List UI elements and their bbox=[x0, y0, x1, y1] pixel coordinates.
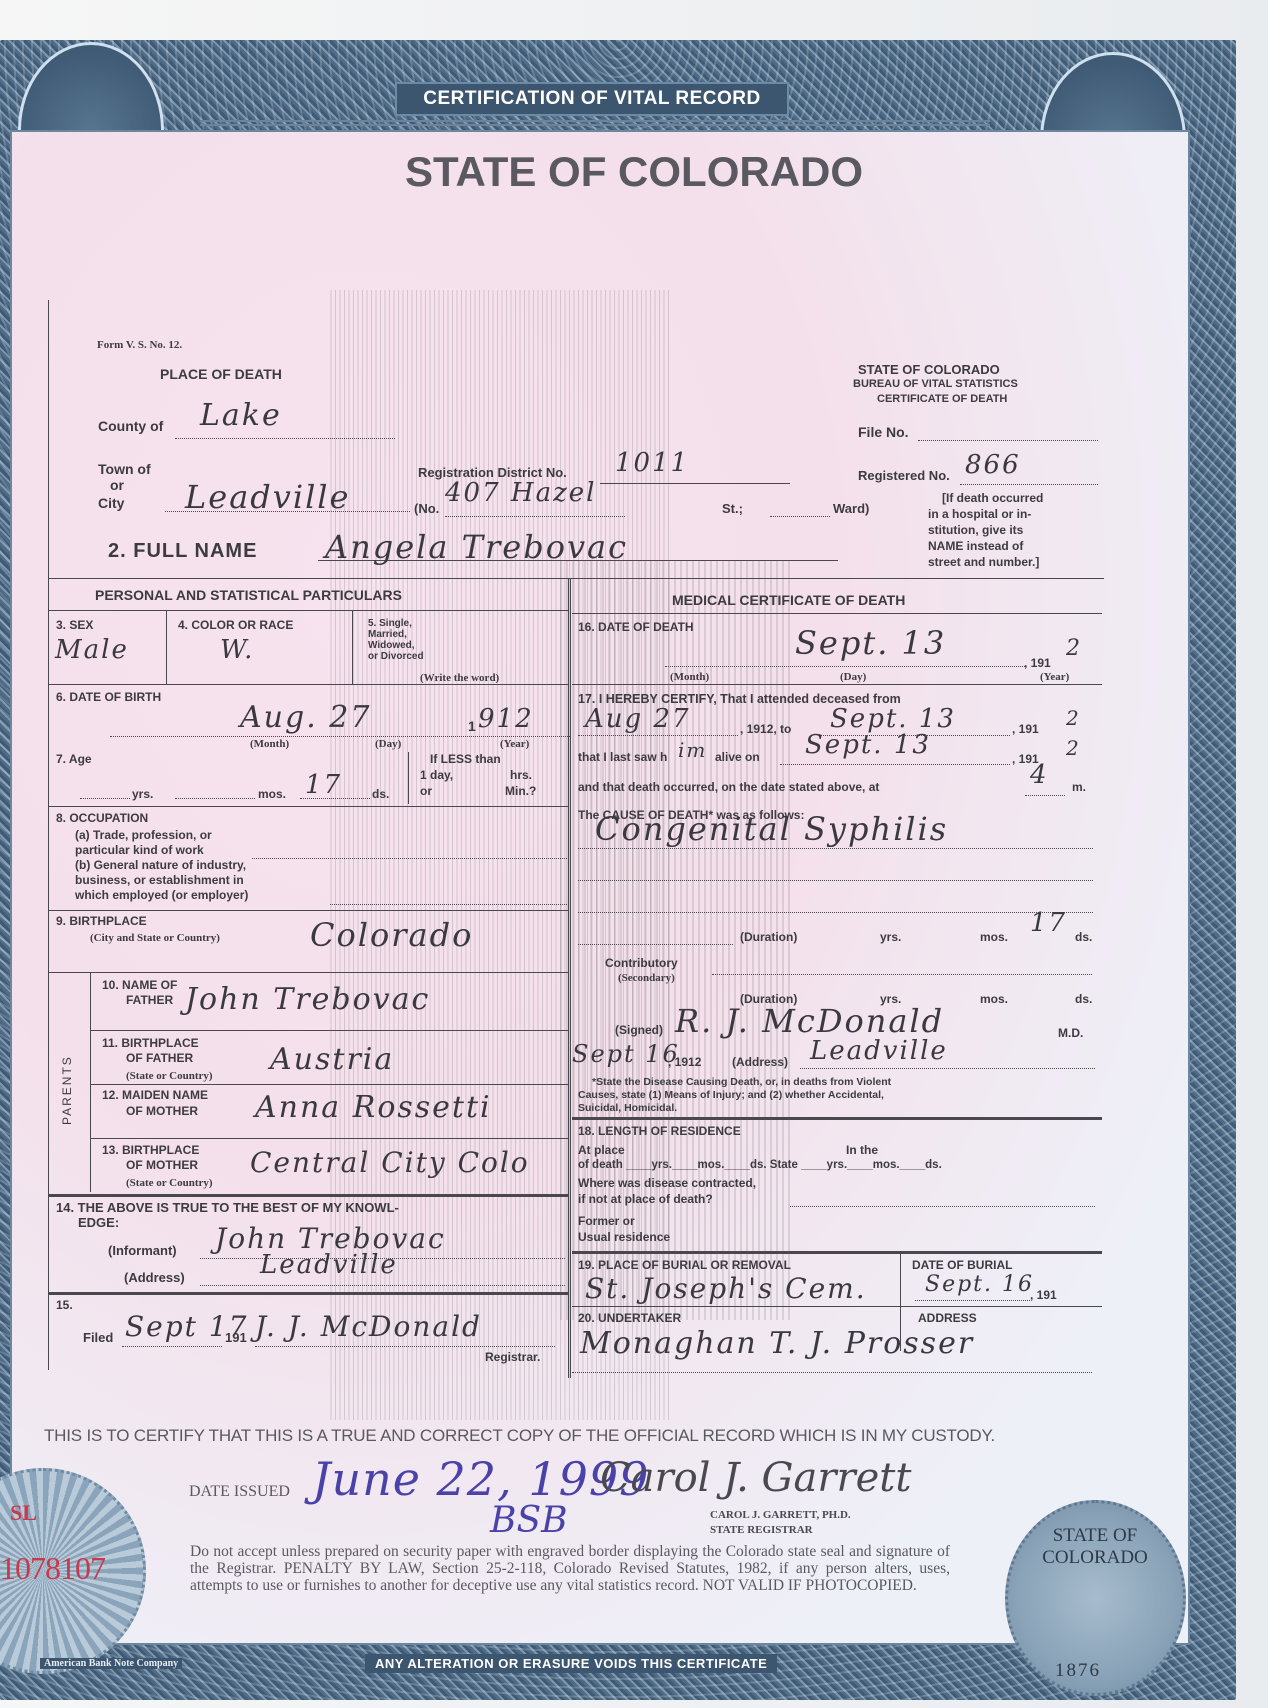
county-line bbox=[175, 438, 395, 439]
informant-label: (Informant) bbox=[108, 1243, 177, 1258]
rule bbox=[90, 1138, 568, 1139]
date-issued-value: June 22, 1999 bbox=[312, 1452, 649, 1506]
street-value: 407 Hazel bbox=[445, 478, 596, 508]
hospital-note-line: stitution, give its bbox=[928, 523, 1023, 537]
last-saw-year-value: 2 bbox=[1066, 736, 1081, 760]
registrar-name: CAROL J. GARRETT, PH.D. bbox=[710, 1508, 851, 1523]
certification-banner: CERTIFICATION OF VITAL RECORD bbox=[395, 82, 789, 116]
dob-year-prefix: 1 bbox=[468, 718, 476, 734]
duration-days-value: 17 bbox=[1030, 908, 1067, 938]
medical-heading: MEDICAL CERTIFICATE OF DEATH bbox=[672, 592, 905, 608]
signed-value: R. J. McDonald bbox=[675, 1002, 944, 1040]
footnote: *State the Disease Causing Death, or, in… bbox=[592, 1076, 891, 1088]
personal-heading: PERSONAL AND STATISTICAL PARTICULARS bbox=[95, 587, 402, 603]
full-name-label: 2. FULL NAME bbox=[108, 540, 257, 563]
rule bbox=[408, 752, 409, 804]
printer-imprint: American Bank Note Company bbox=[40, 1658, 182, 1669]
full-name-value: Angela Trebovac bbox=[325, 528, 628, 566]
dob-label: 6. DATE OF BIRTH bbox=[56, 690, 161, 704]
marital-label: 5. Single, Married, Widowed, or Divorced bbox=[368, 618, 468, 662]
rule bbox=[572, 613, 1102, 614]
mother-maiden-value: Anna Rossetti bbox=[255, 1090, 492, 1125]
less-than-min: Min.? bbox=[505, 784, 536, 798]
mother-birthplace-sub: (State or Country) bbox=[126, 1177, 213, 1189]
clerk-initials: BSB bbox=[490, 1500, 568, 1541]
marital-option: or Divorced bbox=[368, 651, 424, 662]
signed-date: Sept 16 bbox=[572, 1040, 680, 1068]
dob-line bbox=[110, 736, 570, 737]
undertaker-label: 20. UNDERTAKER bbox=[578, 1311, 681, 1325]
certification-statement: THIS IS TO CERTIFY THAT THIS IS A TRUE A… bbox=[44, 1426, 995, 1446]
contracted-label: if not at place of death? bbox=[578, 1192, 713, 1206]
hospital-note-line: street and number.] bbox=[928, 555, 1039, 569]
ward-line bbox=[770, 516, 830, 517]
rule bbox=[48, 910, 568, 911]
registered-no-value: 866 bbox=[965, 450, 1021, 480]
less-than-label: If LESS than bbox=[430, 752, 501, 766]
filed-line bbox=[122, 1346, 222, 1347]
informant-address-label: (Address) bbox=[124, 1270, 185, 1285]
parents-label: PARENTS bbox=[60, 1055, 74, 1125]
file-no-line bbox=[918, 440, 1098, 441]
dod-year-prefix: , 191 bbox=[1024, 656, 1051, 670]
less-than-day: 1 day, bbox=[420, 768, 453, 782]
cause-value: Congenital Syphilis bbox=[595, 810, 948, 848]
contributory-label: Contributory bbox=[605, 956, 678, 970]
marital-option: Married, bbox=[368, 629, 407, 640]
death-time-line bbox=[1025, 795, 1065, 796]
informant-heading: 14. THE ABOVE IS TRUE TO THE BEST OF MY … bbox=[56, 1200, 399, 1215]
occupation-b-line bbox=[330, 904, 567, 905]
registrar-block: CAROL J. GARRETT, PH.D. STATE REGISTRAR bbox=[710, 1508, 851, 1538]
father-birthplace-sub: (State or Country) bbox=[126, 1070, 213, 1082]
alive-on-text: alive on bbox=[715, 750, 760, 764]
registered-no-line bbox=[960, 484, 1098, 485]
filed-number: 15. bbox=[56, 1298, 73, 1312]
marital-note: (Write the word) bbox=[420, 672, 499, 684]
rule bbox=[90, 1030, 568, 1031]
st-label: St.; bbox=[722, 501, 743, 516]
seal-text: STATE OF COLORADO bbox=[1040, 1525, 1150, 1569]
dod-label: 16. DATE OF DEATH bbox=[578, 620, 694, 634]
residence-label: 18. LENGTH OF RESIDENCE bbox=[578, 1124, 741, 1138]
registrar-signature: J. J. McDonald bbox=[255, 1310, 482, 1343]
rule bbox=[572, 1251, 1102, 1254]
physician-address-line bbox=[800, 1068, 1095, 1069]
filed-label: Filed bbox=[83, 1330, 113, 1345]
race-label: 4. COLOR OR RACE bbox=[178, 618, 293, 632]
dob-sub-year: (Year) bbox=[500, 738, 529, 750]
county-label: County of bbox=[98, 418, 163, 434]
former-label: Former or bbox=[578, 1214, 635, 1228]
county-value: Lake bbox=[200, 398, 282, 433]
rule bbox=[572, 1306, 1102, 1307]
mother-birthplace-label: OF MOTHER bbox=[126, 1158, 198, 1172]
cause-line-3 bbox=[578, 912, 1093, 913]
rule bbox=[48, 684, 568, 685]
burial-date-label: DATE OF BURIAL bbox=[912, 1258, 1012, 1272]
city-label: City bbox=[98, 495, 124, 511]
age-days-value: 17 bbox=[305, 770, 342, 800]
header-state: STATE OF COLORADO bbox=[858, 362, 1000, 377]
age-yrs-label: yrs. bbox=[132, 787, 153, 801]
column-divider bbox=[568, 578, 571, 1378]
birthplace-value: Colorado bbox=[310, 916, 473, 954]
street-no-label: (No. bbox=[414, 501, 439, 516]
informant-address-line bbox=[200, 1285, 565, 1286]
hospital-note-line: NAME instead of bbox=[928, 539, 1023, 553]
signed-year: , 1912 bbox=[668, 1055, 701, 1069]
residence-row: of death ____yrs.____mos.____ds. State _… bbox=[578, 1159, 942, 1171]
rule bbox=[572, 1117, 1102, 1120]
less-than-or: or bbox=[420, 784, 432, 798]
date-issued-label: DATE ISSUED bbox=[189, 1483, 290, 1501]
age-mos-label: mos. bbox=[258, 787, 286, 801]
dob-value: Aug. 27 bbox=[240, 700, 371, 735]
contracted-line bbox=[790, 1206, 1095, 1207]
physician-address-value: Leadville bbox=[810, 1036, 948, 1066]
duration-yrs: yrs. bbox=[880, 930, 901, 944]
occupation-a: (a) Trade, profession, or bbox=[75, 828, 212, 842]
duration-label: (Duration) bbox=[740, 930, 797, 944]
last-saw-pronoun: im bbox=[678, 738, 707, 762]
death-time-value: 4 bbox=[1030, 760, 1049, 790]
former-label: Usual residence bbox=[578, 1230, 670, 1244]
hospital-note-line: in a hospital or in- bbox=[928, 507, 1031, 521]
place-of-death-heading: PLACE OF DEATH bbox=[160, 366, 282, 382]
mother-birthplace-value: Central City Colo bbox=[250, 1146, 530, 1179]
last-saw-text: that I last saw h bbox=[578, 750, 667, 764]
rule bbox=[48, 806, 568, 807]
mother-birthplace-label: 13. BIRTHPLACE bbox=[102, 1143, 199, 1157]
dod-sub-year: (Year) bbox=[1040, 671, 1069, 683]
marital-option: 5. Single, bbox=[368, 618, 412, 629]
occupation-label: 8. OCCUPATION bbox=[56, 811, 148, 825]
street-line bbox=[445, 516, 625, 517]
dob-sub-day: (Day) bbox=[375, 738, 401, 750]
registrar-label: Registrar. bbox=[485, 1350, 540, 1364]
contracted-label: Where was disease contracted, bbox=[578, 1176, 756, 1190]
attended-to-year: , 191 bbox=[1012, 722, 1039, 736]
mother-maiden-label: OF MOTHER bbox=[126, 1104, 198, 1118]
rule bbox=[166, 610, 167, 684]
rule bbox=[48, 1194, 568, 1197]
footnote: Causes, state (1) Means of Injury; and (… bbox=[578, 1089, 884, 1101]
rule bbox=[48, 1292, 568, 1295]
occupation-b: (b) General nature of industry, bbox=[75, 858, 246, 872]
burial-year-prefix: , 191 bbox=[1030, 1288, 1057, 1302]
registrar-signature: Carol J. Garrett bbox=[600, 1455, 911, 1501]
duration-line bbox=[578, 944, 733, 945]
father-birthplace-label: OF FATHER bbox=[126, 1051, 193, 1065]
filed-year-prefix: 191 bbox=[225, 1330, 247, 1345]
marital-option: Widowed, bbox=[368, 640, 415, 651]
secondary-label: (Secondary) bbox=[618, 972, 675, 984]
duration-mos-2: mos. bbox=[980, 992, 1008, 1006]
dod-sub-month: (Month) bbox=[670, 671, 709, 683]
seal-year: 1876 bbox=[1055, 1660, 1101, 1682]
file-no-label: File No. bbox=[858, 424, 909, 440]
serial-number: 1078107 bbox=[0, 1550, 105, 1587]
attended-from-line bbox=[578, 735, 738, 736]
rule bbox=[572, 684, 1102, 685]
burial-date-line bbox=[915, 1300, 1030, 1301]
dod-sub-day: (Day) bbox=[840, 671, 866, 683]
md-label: M.D. bbox=[1058, 1026, 1083, 1040]
state-title: STATE OF COLORADO bbox=[0, 148, 1268, 196]
undertaker-value: Monaghan T. J. Prosser bbox=[580, 1326, 974, 1361]
father-birthplace-label: 11. BIRTHPLACE bbox=[102, 1036, 199, 1050]
occupation-b: which employed (or employer) bbox=[75, 888, 248, 902]
reg-district-line bbox=[600, 483, 790, 484]
registrar-line bbox=[255, 1346, 555, 1347]
age-yrs-line bbox=[80, 798, 130, 799]
form-left-rule bbox=[48, 300, 49, 1370]
sex-label: 3. SEX bbox=[56, 618, 93, 632]
father-name-label: FATHER bbox=[126, 993, 173, 1007]
residence-in-the: In the bbox=[846, 1143, 878, 1157]
cause-line-1 bbox=[578, 848, 1093, 849]
dod-line bbox=[665, 666, 1025, 667]
form-number: Form V. S. No. 12. bbox=[97, 339, 182, 351]
less-than-hrs: hrs. bbox=[510, 768, 532, 782]
ward-label: Ward) bbox=[833, 501, 869, 516]
death-time-text: and that death occurred, on the date sta… bbox=[578, 780, 879, 794]
rule bbox=[48, 972, 568, 973]
parents-rule bbox=[90, 972, 91, 1192]
attended-to-year-value: 2 bbox=[1066, 706, 1081, 730]
section-divider bbox=[48, 578, 1104, 579]
age-ds-label: ds. bbox=[372, 787, 389, 801]
city-value: Leadville bbox=[185, 478, 350, 516]
burial-value: St. Joseph's Cem. bbox=[585, 1272, 867, 1305]
occupation-b: business, or establishment in bbox=[75, 873, 244, 887]
footnote: Suicidal, Homicidal. bbox=[578, 1102, 677, 1114]
race-value: W. bbox=[220, 635, 254, 665]
age-mos-line bbox=[175, 798, 255, 799]
duration-ds-2: ds. bbox=[1075, 992, 1092, 1006]
last-saw-line bbox=[780, 764, 1010, 765]
father-birthplace-value: Austria bbox=[270, 1042, 394, 1077]
hospital-note-line: [If death occurred bbox=[942, 491, 1043, 505]
burial-date-value: Sept. 16 bbox=[925, 1272, 1034, 1297]
age-label: 7. Age bbox=[56, 752, 92, 766]
informant-heading: EDGE: bbox=[78, 1215, 119, 1230]
dob-sub-month: (Month) bbox=[250, 738, 289, 750]
physician-address-label: (Address) bbox=[732, 1055, 788, 1069]
attended-from-value: Aug 27 bbox=[585, 704, 691, 734]
dob-year-value: 912 bbox=[478, 704, 534, 734]
birthplace-label: 9. BIRTHPLACE bbox=[56, 914, 147, 928]
attended-from-year: , 1912, to bbox=[740, 722, 791, 736]
or-label: or bbox=[110, 477, 124, 493]
burial-label: 19. PLACE OF BURIAL OR REMOVAL bbox=[578, 1258, 791, 1272]
father-name-value: John Trebovac bbox=[185, 982, 430, 1017]
occupation-a: particular kind of work bbox=[75, 843, 204, 857]
serial-prefix: SL bbox=[10, 1500, 37, 1526]
registered-no-label: Registered No. bbox=[858, 468, 950, 483]
dod-value: Sept. 13 bbox=[795, 624, 946, 662]
duration-mos: mos. bbox=[980, 930, 1008, 944]
town-label: Town of bbox=[98, 461, 151, 477]
fraud-warning: Do not accept unless prepared on securit… bbox=[190, 1543, 950, 1594]
dod-year-value: 2 bbox=[1066, 636, 1082, 661]
rule bbox=[48, 610, 568, 611]
registrar-title: STATE REGISTRAR bbox=[710, 1523, 851, 1538]
occupation-a-line bbox=[252, 858, 567, 859]
duration-ds: ds. bbox=[1075, 930, 1092, 944]
signed-label: (Signed) bbox=[615, 1023, 663, 1037]
contributory-line bbox=[712, 974, 1092, 975]
header-bureau: BUREAU OF VITAL STATISTICS bbox=[853, 378, 1018, 390]
rule bbox=[90, 1084, 568, 1085]
undertaker-line bbox=[572, 1372, 1092, 1373]
mother-maiden-label: 12. MAIDEN NAME bbox=[102, 1088, 208, 1102]
reg-district-value: 1011 bbox=[615, 448, 689, 478]
sex-value: Male bbox=[55, 635, 129, 665]
death-time-suffix: m. bbox=[1072, 780, 1086, 794]
header-certificate: CERTIFICATE OF DEATH bbox=[877, 393, 1007, 405]
top-ornament-rule bbox=[200, 120, 990, 126]
rule bbox=[352, 610, 353, 684]
last-saw-date: Sept. 13 bbox=[805, 730, 931, 760]
informant-address-value: Leadville bbox=[260, 1250, 398, 1280]
father-name-label: 10. NAME OF bbox=[102, 978, 177, 992]
undertaker-address-label: ADDRESS bbox=[918, 1311, 977, 1325]
residence-at-place: At place bbox=[578, 1143, 625, 1157]
birthplace-sub: (City and State or Country) bbox=[90, 932, 220, 944]
alteration-warning: ANY ALTERATION OR ERASURE VOIDS THIS CER… bbox=[365, 1654, 777, 1673]
cause-line-2 bbox=[578, 880, 1093, 881]
